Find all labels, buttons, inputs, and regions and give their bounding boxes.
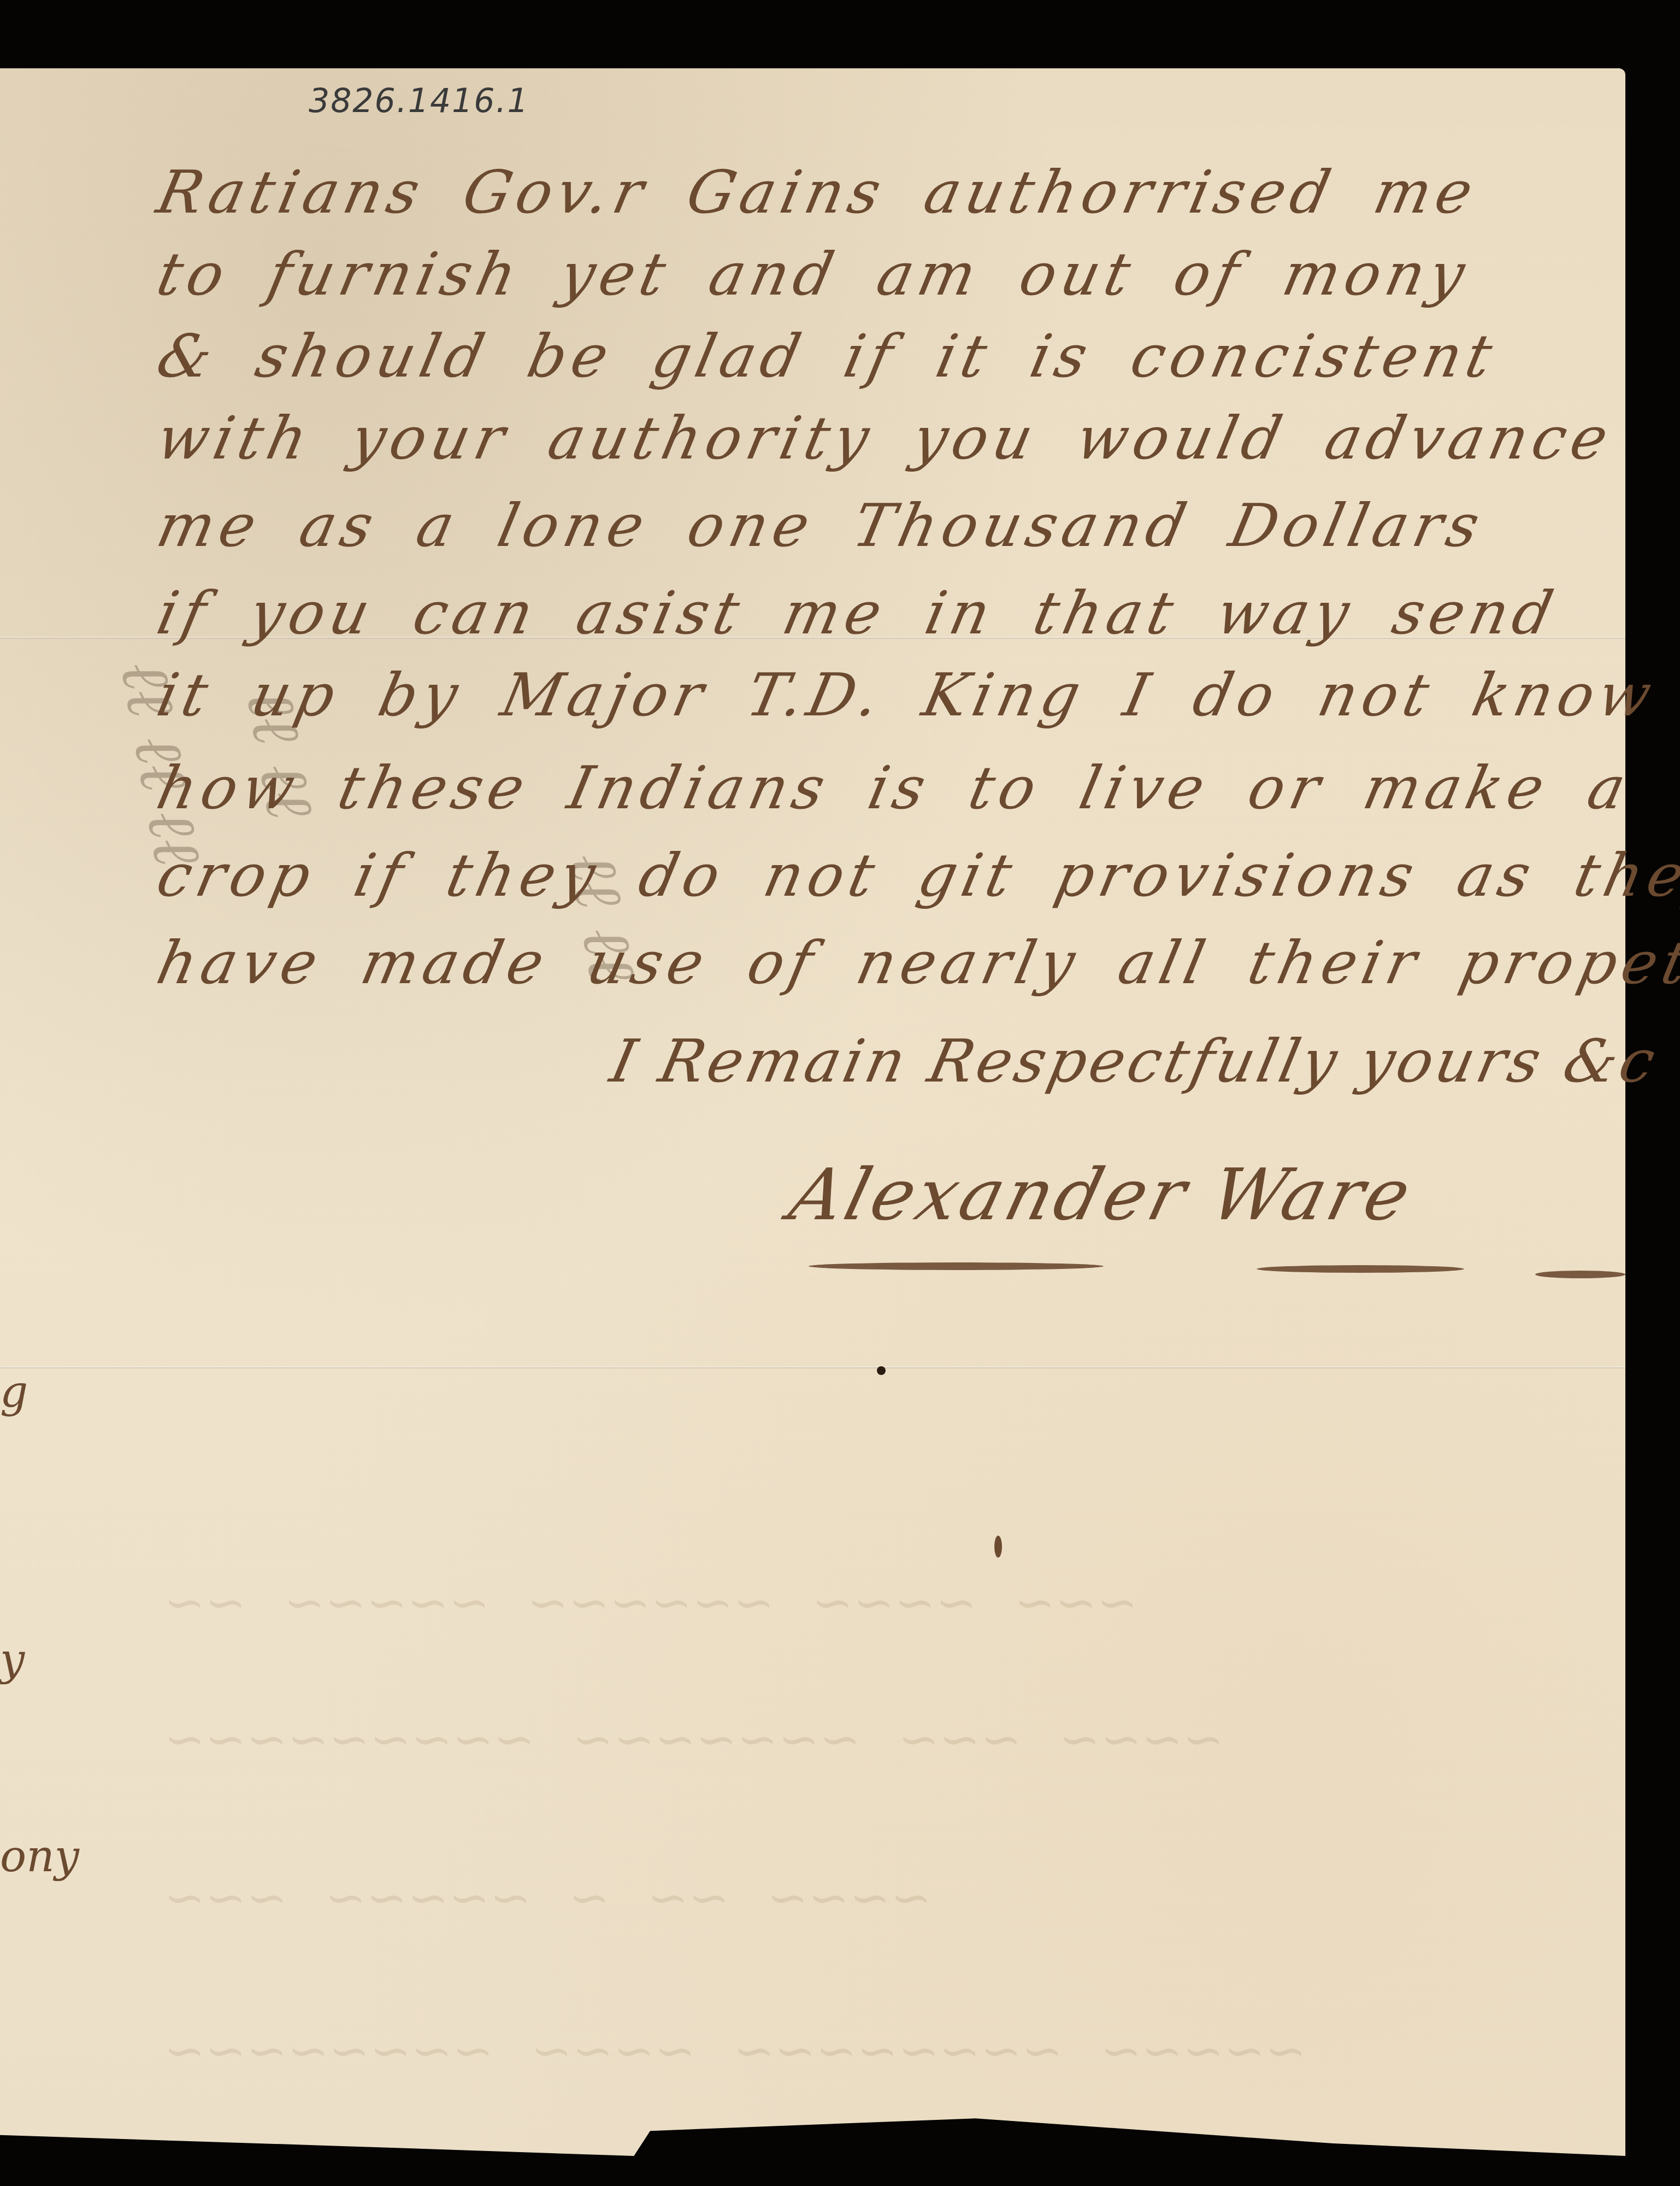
ink-spot [877,1366,886,1375]
bleed-through-text: ~~~~ ~~ ~ ~~~~~ ~~~ [164,1869,932,1926]
letter-line-3: & should be glad if it is concistent [151,322,1504,391]
signature-flourish [1535,1271,1625,1278]
signature-flourish [809,1262,1104,1270]
letter-line-1: Ratians Gov.r Gains authorrised me [151,158,1484,227]
bleed-through-text: ~~~ ~~~~ ~~~~~~ ~~~~~ ~~ [164,1574,1138,1631]
margin-fragment: g [0,1366,28,1417]
letter-line-5: me as a lone one Thousand Dollars [151,492,1490,560]
margin-fragment: ony [0,1831,79,1882]
letter-line-10: have made use of nearly all their propet… [151,929,1680,997]
bleed-through-text: ~~~~~ ~~~~~~~~ ~~~~ ~~~~~~~~ [164,2022,1306,2079]
letter-line-7: it up by Major T.D. King I do not know [151,661,1663,730]
bleed-through-text: ~~~~ ~~~ ~~~~~~~ ~~~~~~~~~ [164,1711,1224,1768]
margin-fragment: y [0,1634,25,1685]
catalog-number: 3826.1416.1 [309,82,529,120]
letter-line-9: crop if they do not git provisions as th… [151,842,1680,910]
letter-line-6: if you can asist me in that way send [151,579,1564,648]
letter-line-8: how these Indians is to live or make a [151,754,1637,822]
signature-flourish [1257,1265,1464,1273]
ink-spot [994,1536,1002,1558]
signature: Alexander Ware [782,1153,1422,1236]
letter-line-2: to furnish yet and am out of mony [151,240,1476,309]
fold-crease [0,1366,1625,1368]
letter-line-4: with your authority you would advance [151,404,1619,473]
letter-closing: I Remain Respectfully yours &c [605,1027,1664,1096]
